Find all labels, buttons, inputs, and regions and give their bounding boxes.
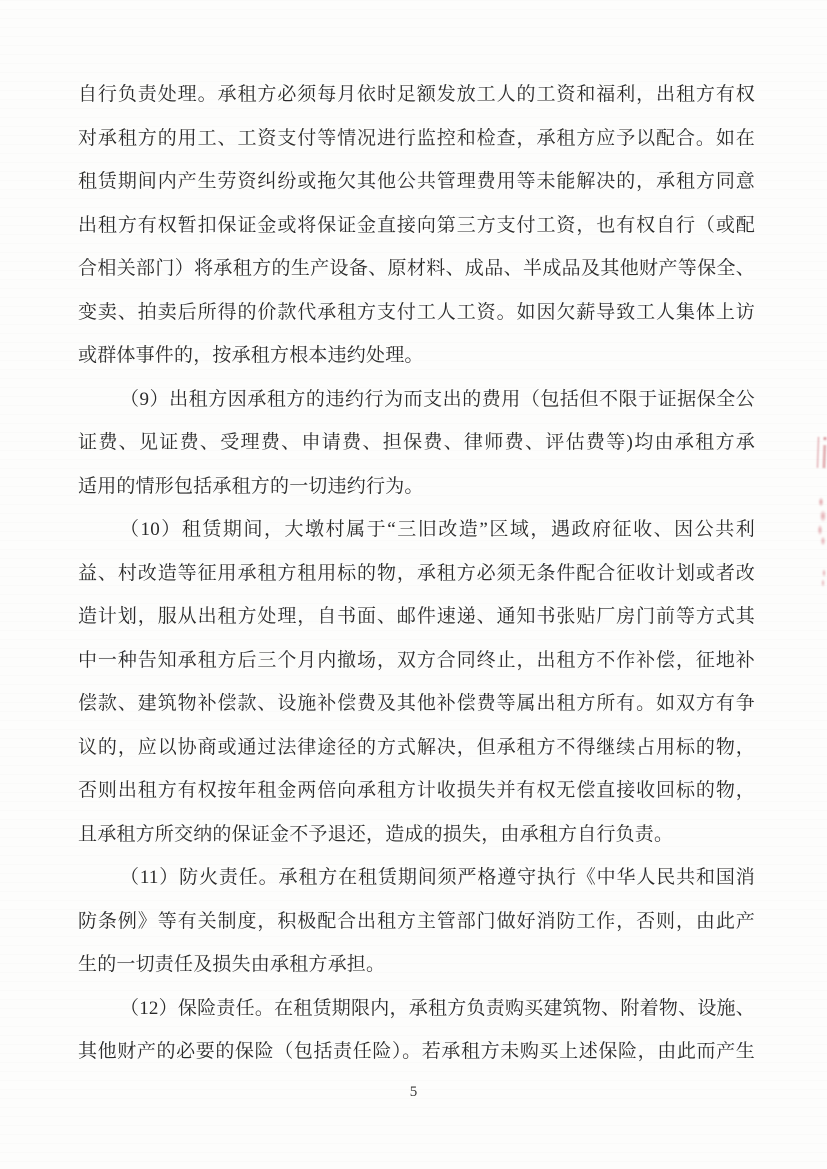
- text-line: 否则出租方有权按年租金两倍向承租方计收损失并有权无偿直接收回标的物，: [78, 769, 755, 813]
- text-line: 自行负责处理。承租方必须每月依时足额发放工人的工资和福利，出租方有权: [78, 73, 755, 117]
- text-line: 防条例》等有关制度，积极配合出租方主管部门做好消防工作，否则，由此产: [78, 900, 755, 944]
- text-line: 租赁期间内产生劳资纠纷或拖欠其他公共管理费用等未能解决的，承租方同意: [78, 160, 755, 204]
- text-line: 偿款、建筑物补偿款、设施补偿费及其他补偿费等属出租方所有。如双方有争: [78, 682, 755, 726]
- page-number: 5: [0, 1081, 827, 1103]
- red-ink-mark: [816, 437, 827, 468]
- contract-body-text: 自行负责处理。承租方必须每月依时足额发放工人的工资和福利，出租方有权 对承租方的…: [78, 73, 755, 1074]
- text-line: 造计划，服从出租方处理，自书面、邮件速递、通知书张贴厂房门前等方式其: [78, 595, 755, 639]
- text-line: 中一种告知承租方后三个月内撤场，双方合同终止，出租方不作补偿，征地补: [78, 639, 755, 683]
- text-line: 议的，应以协商或通过法律途径的方式解决，但承租方不得继续占用标的物，: [78, 726, 755, 770]
- text-line: 生的一切责任及损失由承租方承担。: [78, 943, 755, 987]
- text-line: 或群体事件的，按承租方根本违约处理。: [78, 334, 755, 378]
- clause-12-start-line: （12）保险责任。在租赁期限内，承租方负责购买建筑物、附着物、设施、: [78, 987, 755, 1031]
- clause-9-start-line: （9）出租方因承租方的违约行为而支出的费用（包括但不限于证据保全公: [78, 378, 755, 422]
- text-line: 且承租方所交纳的保证金不予退还，造成的损失，由承租方自行负责。: [78, 813, 755, 857]
- text-line: 适用的情形包括承租方的一切违约行为。: [78, 465, 755, 509]
- text-line: 出租方有权暂扣保证金或将保证金直接向第三方支付工资，也有权自行（或配: [78, 204, 755, 248]
- text-line: 合相关部门）将承租方的生产设备、原材料、成品、半成品及其他财产等保全、: [78, 247, 755, 291]
- contract-document-page: 自行负责处理。承租方必须每月依时足额发放工人的工资和福利，出租方有权 对承租方的…: [0, 0, 827, 1169]
- text-line: 变卖、拍卖后所得的价款代承租方支付工人工资。如因欠薪导致工人集体上访: [78, 291, 755, 335]
- red-ink-mark: [814, 494, 827, 546]
- clause-11-start-line: （11）防火责任。承租方在租赁期间须严格遵守执行《中华人民共和国消: [78, 856, 755, 900]
- red-ink-mark: [819, 568, 827, 589]
- text-line: 益、村改造等征用承租方租用标的物，承租方必须无条件配合征收计划或者改: [78, 552, 755, 596]
- clause-10-start-line: （10）租赁期间，大墩村属于“三旧改造”区域，遇政府征收、因公共利: [78, 508, 755, 552]
- text-line: 证费、见证费、受理费、申请费、担保费、律师费、评估费等)均由承租方承担；: [78, 421, 755, 465]
- text-line: 其他财产的必要的保险（包括责任险）。若承租方未购买上述保险，由此而产生: [78, 1030, 755, 1074]
- text-line: 对承租方的用工、工资支付等情况进行监控和检查，承租方应予以配合。如在: [78, 117, 755, 161]
